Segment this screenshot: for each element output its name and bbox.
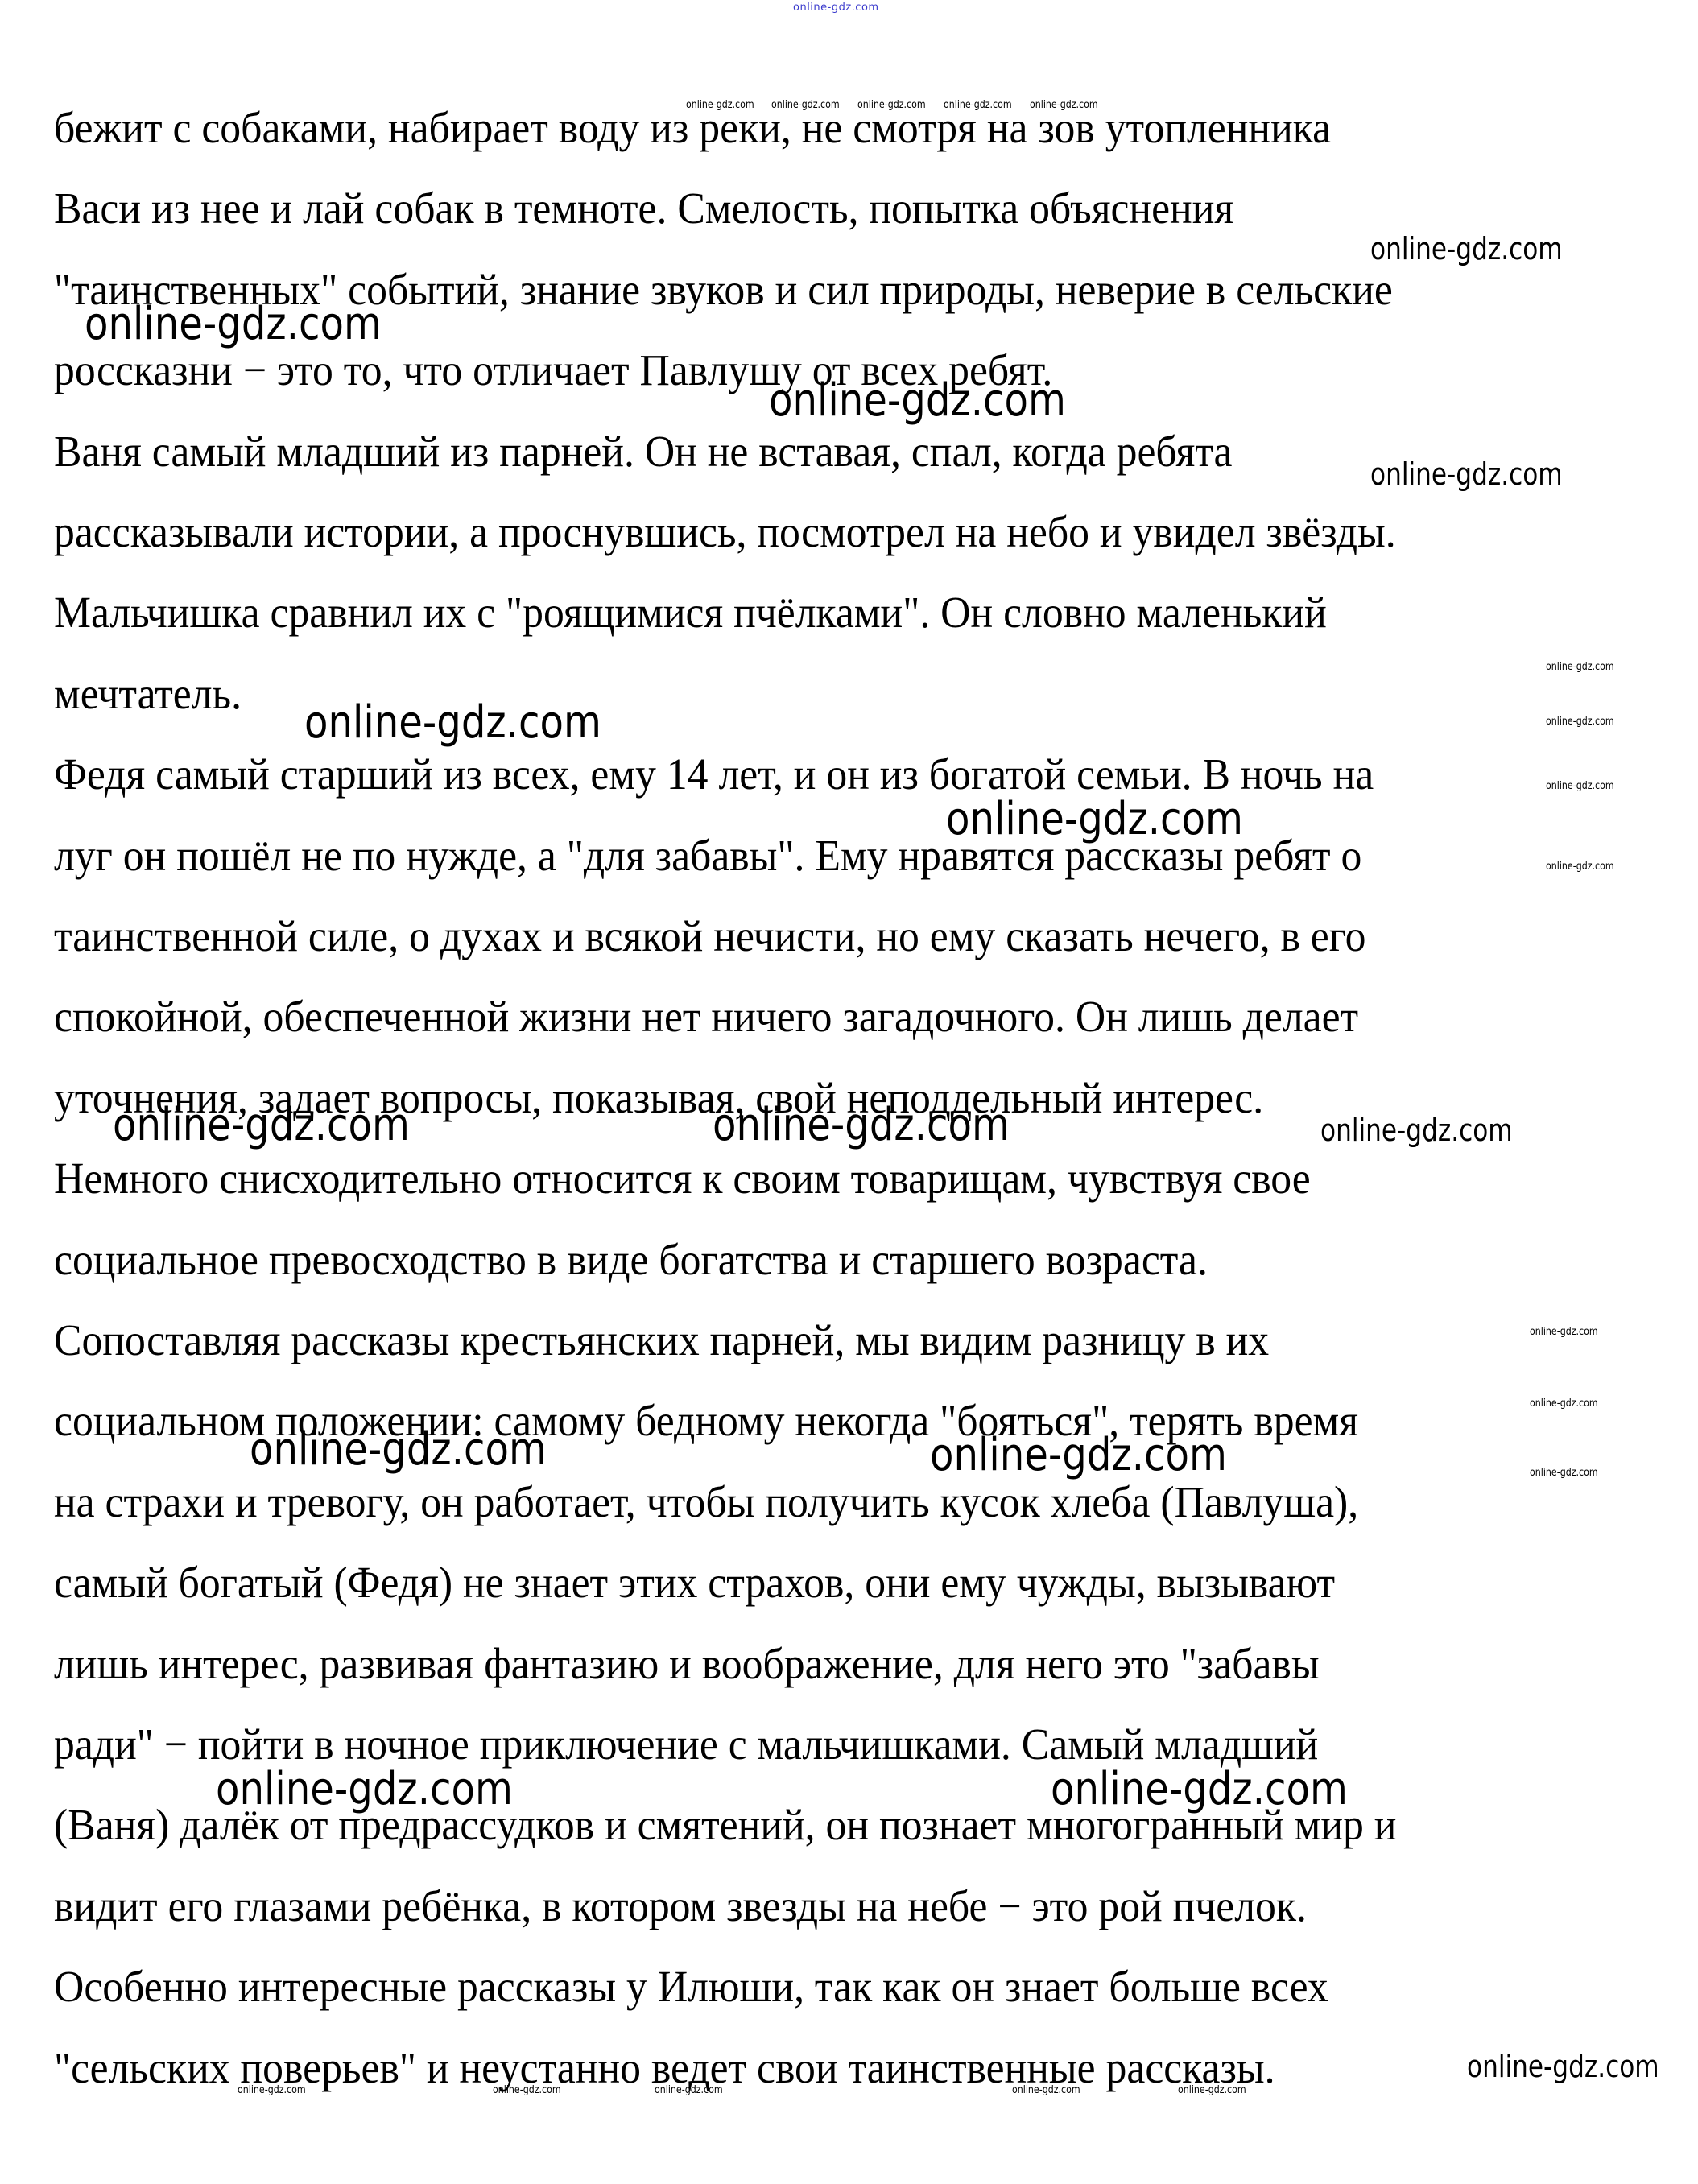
text-line: самый богатый (Федя) не знает этих страх… bbox=[54, 1560, 1335, 1604]
watermark: online-gdz.com bbox=[304, 700, 601, 745]
text-line: Особенно интересные рассказы у Илюши, та… bbox=[54, 1964, 1328, 2009]
watermark: online-gdz.com bbox=[769, 378, 1066, 423]
watermark: online-gdz.com bbox=[946, 797, 1243, 842]
text-line: социальное превосходство в виде богатств… bbox=[54, 1237, 1208, 1282]
text-line: "сельских поверьев" и неустанно ведет св… bbox=[54, 2046, 1275, 2090]
watermark: online-gdz.com bbox=[1051, 1767, 1348, 1812]
watermark: online-gdz.com bbox=[1320, 1115, 1513, 1146]
watermark: online-gdz.com bbox=[1012, 2085, 1080, 2095]
watermark: online-gdz.com bbox=[113, 1103, 410, 1148]
watermark: online-gdz.com bbox=[250, 1427, 547, 1472]
watermark: online-gdz.com bbox=[1370, 233, 1563, 264]
text-line: таинственной силе, о духах и всякой нечи… bbox=[54, 914, 1366, 958]
watermark: online-gdz.com bbox=[771, 100, 840, 110]
text-line: бежит с собаками, набирает воду из реки,… bbox=[54, 105, 1331, 150]
text-line: Васи из нее и лай собак в темноте. Смело… bbox=[54, 186, 1233, 230]
watermark: online-gdz.com bbox=[655, 2085, 723, 2095]
watermark: online-gdz.com bbox=[1546, 716, 1614, 727]
watermark: online-gdz.com bbox=[713, 1103, 1010, 1148]
watermark: online-gdz.com bbox=[686, 100, 754, 110]
watermark: online-gdz.com bbox=[944, 100, 1012, 110]
watermark: online-gdz.com bbox=[85, 302, 382, 347]
watermark: online-gdz.com bbox=[930, 1433, 1227, 1478]
text-line: видит его глазами ребёнка, в котором зве… bbox=[54, 1884, 1307, 1928]
text-line: спокойной, обеспеченной жизни нет ничего… bbox=[54, 994, 1358, 1038]
watermark: online-gdz.com bbox=[1530, 1468, 1598, 1478]
text-line: Ваня самый младший из парней. Он не вста… bbox=[54, 429, 1232, 473]
text-line: Мальчишка сравнил их с "роящимися пчёлка… bbox=[54, 590, 1327, 634]
text-line: ради" − пойти в ночное приключение с мал… bbox=[54, 1722, 1318, 1766]
watermark: online-gdz.com bbox=[1467, 2051, 1659, 2082]
watermark: online-gdz.com bbox=[1178, 2085, 1246, 2095]
text-line: Немного снисходительно относится к своим… bbox=[54, 1156, 1311, 1200]
watermark: online-gdz.com bbox=[216, 1767, 513, 1812]
watermark: online-gdz.com bbox=[1546, 861, 1614, 872]
document-page: online-gdz.com бежит с собаками, набирае… bbox=[0, 0, 1698, 2184]
watermark: online-gdz.com bbox=[238, 2085, 306, 2095]
watermark: online-gdz.com bbox=[1030, 100, 1098, 110]
watermark: online-gdz.com bbox=[1530, 1398, 1598, 1409]
watermark: online-gdz.com bbox=[493, 2085, 561, 2095]
text-line: на страхи и тревогу, он работает, чтобы … bbox=[54, 1480, 1358, 1524]
watermark: online-gdz.com bbox=[1370, 459, 1563, 489]
text-line: мечтатель. bbox=[54, 671, 242, 716]
watermark: online-gdz.com bbox=[1530, 1327, 1598, 1337]
header-site-mark: online-gdz.com bbox=[793, 2, 879, 14]
text-line: Сопоставляя рассказы крестьянских парней… bbox=[54, 1318, 1269, 1362]
text-line: рассказывали истории, а проснувшись, пос… bbox=[54, 510, 1396, 554]
watermark: online-gdz.com bbox=[1546, 662, 1614, 672]
text-line: Федя самый старший из всех, ему 14 лет, … bbox=[54, 752, 1374, 796]
text-line: лишь интерес, развивая фантазию и вообра… bbox=[54, 1641, 1320, 1686]
watermark: online-gdz.com bbox=[857, 100, 926, 110]
watermark: online-gdz.com bbox=[1546, 781, 1614, 791]
